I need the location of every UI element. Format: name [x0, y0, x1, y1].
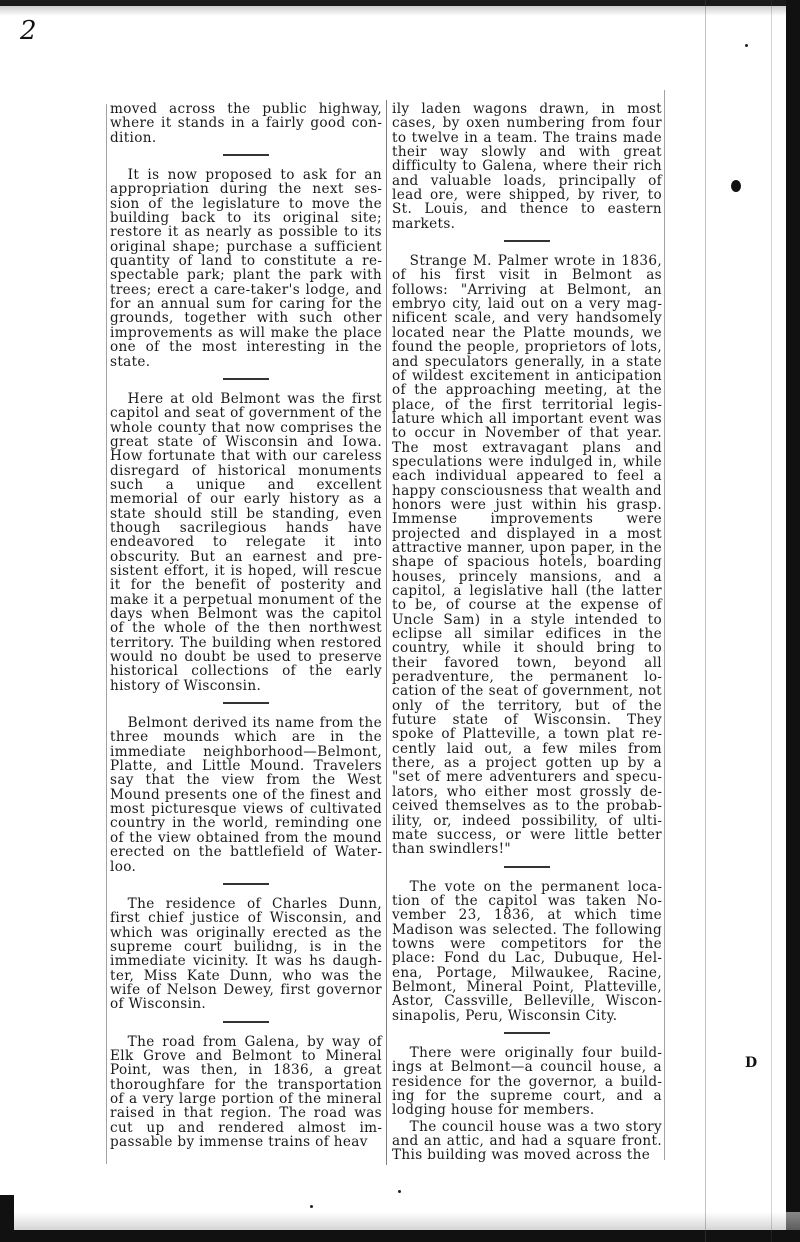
margin-letter-mark: D [745, 1055, 757, 1071]
column-rule-right [664, 90, 665, 1160]
paragraph-galena-road: The road from Galena, by way of Elk Grov… [110, 1035, 382, 1150]
margin-dot-mark [731, 180, 741, 192]
scan-speck [310, 1205, 313, 1208]
section-separator [223, 154, 269, 156]
section-separator [223, 702, 269, 704]
scan-right-edge [786, 0, 800, 1242]
scan-top-shadow [0, 6, 800, 16]
clipping-edge-line-outer [771, 0, 772, 1242]
paragraph-belmont-name: Belmont derived its name from the three … [110, 716, 382, 874]
paragraph-old-belmont: Here at old Belmont was the first capito… [110, 392, 382, 693]
paragraph-charles-dunn: The residence of Charles Dunn, first chi… [110, 897, 382, 1012]
section-separator [223, 883, 269, 885]
column-rule-middle [386, 100, 387, 1165]
handwritten-page-number: 2 [20, 16, 37, 46]
section-separator [223, 1021, 269, 1023]
scan-bottom-shadow [0, 1212, 800, 1230]
section-separator [504, 240, 550, 242]
paragraph-capitol-vote: The vote on the permanent loca­tion of t… [392, 880, 662, 1023]
scan-speck [745, 44, 748, 47]
paragraph-continuation: moved across the public highway, where i… [110, 102, 382, 145]
scan-speck [398, 1190, 401, 1193]
scan-left-corner [0, 1195, 14, 1242]
section-separator [223, 378, 269, 380]
paragraph-palmer-quote: Strange M. Palmer wrote in 1836, of his … [392, 254, 662, 856]
paragraph-appropriation: It is now proposed to ask for an appropr… [110, 168, 382, 369]
paragraph-wagons: ily laden wagons drawn, in most cases, b… [392, 102, 662, 231]
left-column: moved across the public highway, where i… [110, 102, 382, 1149]
column-rule-left [106, 104, 107, 1164]
section-separator [504, 1032, 550, 1034]
scan-bottom-edge [0, 1230, 800, 1242]
clipping-edge-line [705, 0, 706, 1242]
section-separator [504, 866, 550, 868]
right-column: ily laden wagons drawn, in most cases, b… [392, 102, 662, 1163]
paragraph-council-house: The council house was a two story and an… [392, 1120, 662, 1163]
paragraph-four-buildings: There were originally four build­ings at… [392, 1046, 662, 1118]
